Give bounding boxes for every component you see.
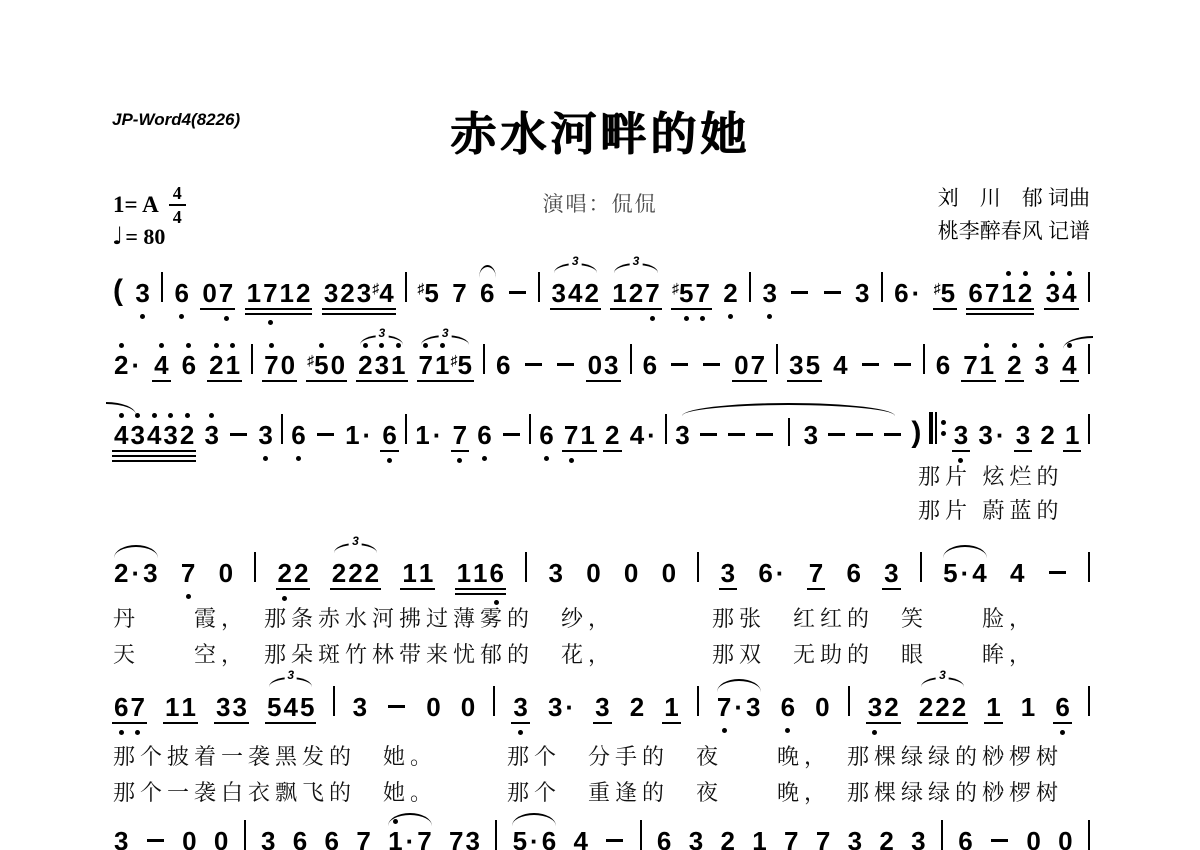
lyric-row: 天 空， 那朵斑竹林带来忧郁的 花， 那双 无助的 眼 眸，	[113, 638, 1036, 669]
note-token: 6	[537, 422, 555, 448]
transcriber: 桃李醉春风 记谱	[938, 215, 1090, 248]
sheet-music-page: JP-Word4(8226) 赤水河畔的她 演唱：侃侃 刘 川 郁 词曲 桃李醉…	[0, 0, 1200, 850]
barline	[848, 686, 850, 720]
note-token: 6712	[966, 280, 1034, 306]
note-token: 0	[217, 560, 235, 586]
barline	[630, 344, 632, 378]
note-token: 0	[1024, 828, 1042, 850]
note-token: 2	[1005, 352, 1023, 378]
note-token: 4	[572, 828, 590, 850]
tempo-marking: ♩= 80	[112, 222, 165, 250]
note-token: 6	[289, 422, 307, 448]
note-token: 5453	[265, 694, 316, 720]
lyric-row: 那片 炫烂的	[918, 460, 1064, 491]
note-token: 67	[112, 694, 147, 720]
triplet-mark: 3	[360, 335, 403, 345]
note-token: 6	[478, 280, 496, 306]
note-token: 6·	[756, 560, 787, 586]
note-token: 2·3	[112, 560, 160, 586]
note-token	[668, 352, 691, 378]
barline	[405, 272, 407, 306]
barline	[749, 272, 751, 306]
note-token: 3	[259, 828, 277, 850]
barline	[493, 686, 495, 720]
triplet-mark: 3	[334, 543, 377, 553]
note-token	[385, 694, 408, 720]
note-token: 43432	[112, 422, 196, 448]
slur-arc	[682, 403, 894, 416]
barline	[920, 552, 922, 586]
triplet-mark: 3	[421, 335, 469, 345]
note-token: ♯57	[671, 280, 712, 306]
note-token: 2·	[112, 352, 143, 378]
barline	[333, 686, 335, 720]
note-token: 1	[984, 694, 1002, 720]
note-token: 7	[814, 828, 832, 850]
note-token: 0	[212, 828, 230, 850]
note-token: )	[910, 418, 922, 448]
note-token: 3·	[976, 422, 1007, 448]
slur-arc	[479, 265, 496, 278]
note-token: 6	[641, 352, 659, 378]
note-token: 6	[779, 694, 797, 720]
note-token: 0	[813, 694, 831, 720]
note-token	[506, 280, 529, 306]
note-token: 2313	[356, 352, 407, 378]
note-token: 2	[603, 422, 621, 448]
note-token	[700, 352, 723, 378]
note-token	[788, 280, 811, 306]
note-token: 3	[203, 422, 221, 448]
note-token: (	[112, 276, 124, 306]
music-line-1: (36071712323♯4♯57634231273♯572336·♯56712…	[112, 272, 1090, 306]
note-token: 6	[655, 828, 673, 850]
note-token: 3	[719, 560, 737, 586]
note-token: 3	[687, 828, 705, 850]
slur-arc	[717, 679, 761, 692]
barline	[161, 272, 163, 306]
note-token: 7	[450, 280, 468, 306]
note-token: 1	[1063, 422, 1081, 448]
note-token	[891, 352, 914, 378]
note-token: 1712	[245, 280, 313, 306]
barline	[923, 344, 925, 378]
note-token: 6	[291, 828, 309, 850]
note-token	[314, 422, 337, 448]
barline	[244, 820, 246, 850]
note-token: 7·3	[715, 694, 763, 720]
note-token: 1	[1019, 694, 1037, 720]
note-token: 3	[256, 422, 274, 448]
slur-arc	[512, 813, 556, 826]
note-token: 7	[807, 560, 825, 586]
note-token: 3	[853, 280, 871, 306]
note-token: ♯5	[933, 280, 957, 306]
note-token	[144, 828, 167, 850]
note-token: 7	[782, 828, 800, 850]
music-line-3: 434323361·61·7667124·33)33·321	[112, 414, 1090, 448]
note-token	[821, 280, 844, 306]
note-token	[1046, 560, 1069, 586]
note-token	[522, 352, 545, 378]
lyricist-composer: 刘 川 郁 词曲	[938, 182, 1090, 215]
barline	[251, 344, 253, 378]
barline	[881, 272, 883, 306]
note-token: 3	[133, 280, 151, 306]
quarter-note-icon: ♩	[112, 222, 123, 250]
barline	[1088, 272, 1090, 306]
note-token: 0	[622, 560, 640, 586]
barline	[1088, 344, 1090, 378]
note-token: 6	[1053, 694, 1071, 720]
barline	[495, 820, 497, 850]
note-token: 1273	[610, 280, 661, 306]
barline	[254, 552, 256, 586]
note-token: 73	[447, 828, 482, 850]
triplet-mark: 3	[614, 263, 657, 273]
note-token: 3·	[546, 694, 577, 720]
note-token	[859, 352, 882, 378]
note-token: 5·4	[941, 560, 989, 586]
note-token: 3	[593, 694, 611, 720]
triplet-mark: 3	[269, 677, 312, 687]
note-token: 1	[662, 694, 680, 720]
note-token: 5·6	[511, 828, 559, 850]
note-token: 2223	[917, 694, 968, 720]
note-token: 21	[207, 352, 242, 378]
note-token: 3	[760, 280, 778, 306]
note-token: 0	[1056, 828, 1074, 850]
note-token: 2	[718, 828, 736, 850]
note-token: ♯5	[416, 280, 440, 306]
note-token: 35	[787, 352, 822, 378]
note-token: 6	[494, 352, 512, 378]
note-token: 6	[956, 828, 974, 850]
lyric-row: 那个一袭白衣飘飞的 她。 那个 重逢的 夜 晚， 那棵绿绿的桫椤树	[113, 776, 1063, 807]
barline	[697, 686, 699, 720]
music-line-6: 30036671·7735·64632177323600	[112, 820, 1090, 850]
note-token	[603, 828, 626, 850]
note-token: 6	[380, 422, 398, 448]
note-token: 2223	[330, 560, 381, 586]
note-token: 4	[1060, 352, 1078, 378]
note-token: 6	[323, 828, 341, 850]
barline	[941, 820, 943, 850]
barline	[776, 344, 778, 378]
note-token: 3	[1033, 352, 1051, 378]
barline	[697, 552, 699, 586]
note-token: 0	[660, 560, 678, 586]
note-token: 11	[400, 560, 435, 586]
note-token: 3	[882, 560, 900, 586]
slur-arc	[114, 545, 158, 558]
note-token: 6	[844, 560, 862, 586]
note-token: 3	[351, 694, 369, 720]
note-token: 6	[475, 422, 493, 448]
triplet-mark: 3	[921, 677, 964, 687]
note-token: 3	[952, 422, 970, 448]
barline	[1088, 686, 1090, 720]
barline	[665, 414, 667, 448]
note-token: 4	[1008, 560, 1026, 586]
note-token: 6	[934, 352, 952, 378]
barline	[1088, 820, 1090, 850]
barline	[538, 272, 540, 306]
slur-arc	[388, 813, 432, 826]
note-token: 1	[750, 828, 768, 850]
note-token: 32	[866, 694, 901, 720]
note-token: 6	[173, 280, 191, 306]
note-token: 71	[961, 352, 996, 378]
note-token: 323♯4	[322, 280, 396, 306]
note-token: 33	[673, 418, 904, 448]
note-token: 3	[511, 694, 529, 720]
key-label: 1= A	[113, 192, 159, 218]
note-token: 7	[354, 828, 372, 850]
note-token: 71	[562, 422, 597, 448]
note-token	[227, 422, 250, 448]
note-token: 22	[276, 560, 311, 586]
note-token: 3	[846, 828, 864, 850]
time-signature: 4 4	[169, 184, 186, 226]
key-time-signature: 1= A 4 4	[113, 184, 186, 226]
note-token: 3	[909, 828, 927, 850]
song-title: 赤水河畔的她	[0, 98, 1200, 164]
note-token: 116	[455, 560, 506, 586]
note-token: 1·	[343, 422, 374, 448]
note-token: 11	[163, 694, 198, 720]
note-token: 71♯53	[417, 352, 474, 378]
note-token: 4·	[628, 422, 659, 448]
note-token: 33	[214, 694, 249, 720]
lyric-row: 丹 霞， 那条赤水河拂过薄雾的 纱， 那张 红红的 笑 脸，	[113, 602, 1036, 633]
lyric-row: 那片 蔚蓝的	[918, 494, 1064, 525]
note-token	[554, 352, 577, 378]
note-token: 2	[877, 828, 895, 850]
note-token: 07	[732, 352, 767, 378]
note-token: 3	[1014, 422, 1032, 448]
note-token: 3	[546, 560, 564, 586]
tempo-value: = 80	[125, 224, 165, 249]
note-token: 0	[459, 694, 477, 720]
note-token: 03	[586, 352, 621, 378]
note-token: 7	[451, 422, 469, 448]
note-token: 2	[628, 694, 646, 720]
note-token: 0	[180, 828, 198, 850]
note-token: 2	[721, 280, 739, 306]
barline	[405, 414, 407, 448]
lyric-row: 那个披着一袭黑发的 她。 那个 分手的 夜 晚， 那棵绿绿的桫椤树	[113, 740, 1063, 771]
note-token: 0	[584, 560, 602, 586]
repeat-sign	[929, 412, 946, 448]
barline	[281, 414, 283, 448]
barline	[1088, 414, 1090, 448]
note-token: ♯50	[306, 352, 347, 378]
time-numerator: 4	[169, 184, 186, 206]
note-token: 0	[424, 694, 442, 720]
note-token: 4	[152, 352, 170, 378]
note-token: 6	[180, 352, 198, 378]
triplet-mark: 3	[554, 263, 597, 273]
barline	[529, 414, 531, 448]
note-token: 4	[831, 352, 849, 378]
composer-credits: 刘 川 郁 词曲 桃李醉春风 记谱	[938, 182, 1090, 247]
note-token: 6·	[892, 280, 923, 306]
note-token: 70	[262, 352, 297, 378]
note-token: 1·7	[386, 828, 434, 850]
time-denominator: 4	[169, 206, 186, 226]
note-token: 07	[200, 280, 235, 306]
barline	[1088, 552, 1090, 586]
note-token	[988, 828, 1011, 850]
note-token	[500, 422, 523, 448]
note-token: 3423	[550, 280, 601, 306]
slur-arc	[943, 545, 987, 558]
music-line-2: 2·462170♯50231371♯53603607354671234	[112, 344, 1090, 378]
note-token: 1·	[413, 422, 444, 448]
music-line-5: 671133545330033·3217·360322223116	[112, 686, 1090, 720]
barline	[483, 344, 485, 378]
note-token: 34	[1044, 280, 1079, 306]
slur-continuation	[106, 402, 136, 415]
note-token: 3	[112, 828, 130, 850]
barline	[525, 552, 527, 586]
note-token: 7	[179, 560, 197, 586]
music-line-4: 2·37022222311116300036·7635·44	[112, 552, 1090, 586]
barline	[640, 820, 642, 850]
note-token: 2	[1038, 422, 1056, 448]
